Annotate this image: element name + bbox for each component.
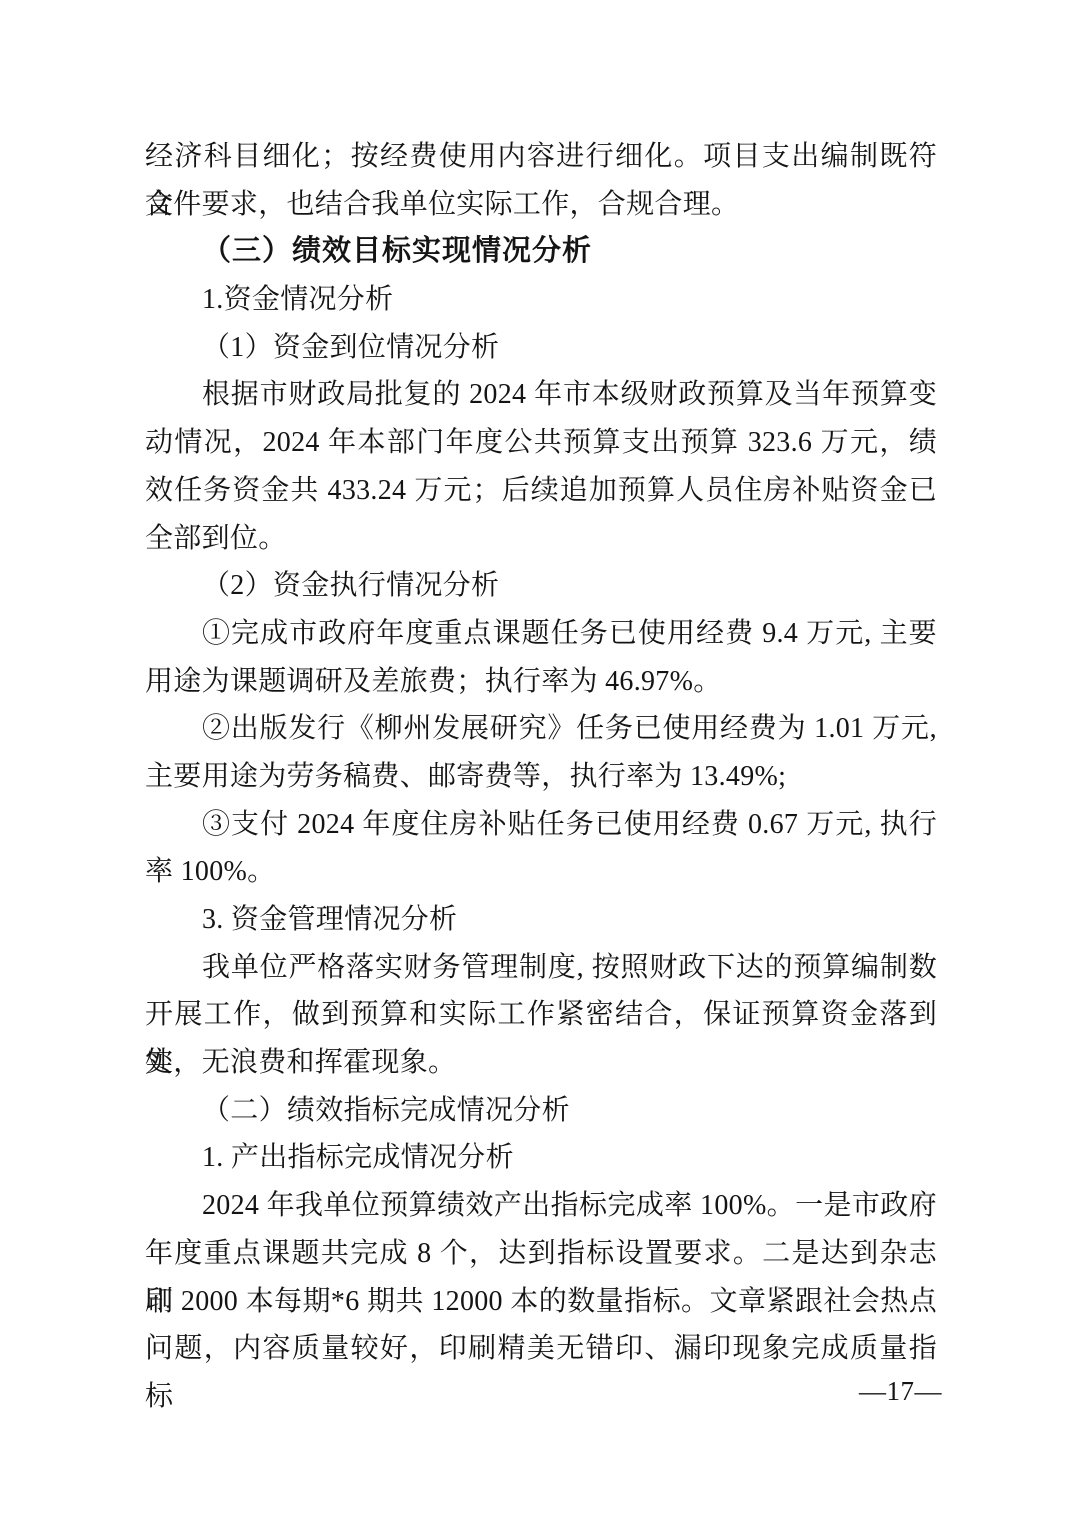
body-line: 根据市财政局批复的 2024 年市本级财政预算及当年预算变 [145, 371, 937, 419]
subsection-title: 1.资金情况分析 [145, 276, 937, 324]
body-line: 问题，内容质量较好，印刷精美无错印、漏印现象完成质量指标 [145, 1325, 937, 1373]
body-line: 动情况，2024 年本部门年度公共预算支出预算 323.6 万元，绩 [145, 419, 937, 467]
page-number: —17— [859, 1376, 942, 1407]
subsection-title: 3. 资金管理情况分析 [145, 896, 937, 944]
body-line: 主要用途为劳务稿费、邮寄费等，执行率为 13.49%; [145, 753, 937, 801]
document-body: 经济科目细化；按经费使用内容进行细化。项目支出编制既符合 文件要求，也结合我单位… [145, 133, 937, 1373]
body-line: 2024 年我单位预算绩效产出指标完成率 100%。一是市政府 [145, 1182, 937, 1230]
body-line: 我单位严格落实财务管理制度, 按照财政下达的预算编制数 [145, 944, 937, 992]
body-line: ③支付 2024 年度住房补贴任务已使用经费 0.67 万元, 执行 [145, 801, 937, 849]
body-line: 经济科目细化；按经费使用内容进行细化。项目支出编制既符合 [145, 133, 937, 181]
body-line: ①完成市政府年度重点课题任务已使用经费 9.4 万元, 主要 [145, 610, 937, 658]
body-line: 用途为课题调研及差旅费；执行率为 46.97%。 [145, 658, 937, 706]
body-line: 开展工作，做到预算和实际工作紧密结合，保证预算资金落到实 [145, 991, 937, 1039]
subsection-title: （二）绩效指标完成情况分析 [145, 1087, 937, 1135]
subsection-title: 1. 产出指标完成情况分析 [145, 1134, 937, 1182]
body-line: ②出版发行《柳州发展研究》任务已使用经费为 1.01 万元, [145, 705, 937, 753]
document-page: 经济科目细化；按经费使用内容进行细化。项目支出编制既符合 文件要求，也结合我单位… [0, 0, 1074, 1520]
body-line: 处，无浪费和挥霍现象。 [145, 1039, 937, 1087]
body-line: 文件要求，也结合我单位实际工作，合规合理。 [145, 181, 937, 229]
body-line: 效任务资金共 433.24 万元；后续追加预算人员住房补贴资金已 [145, 467, 937, 515]
body-line: 全部到位。 [145, 515, 937, 563]
body-line: 刷 2000 本每期*6 期共 12000 本的数量指标。文章紧跟社会热点 [145, 1278, 937, 1326]
section-heading: （三）绩效目标实现情况分析 [145, 228, 937, 276]
body-line: 年度重点课题共完成 8 个，达到指标设置要求。二是达到杂志印 [145, 1230, 937, 1278]
body-line: 率 100%。 [145, 848, 937, 896]
subsection-title: （1）资金到位情况分析 [145, 324, 937, 372]
subsection-title: （2）资金执行情况分析 [145, 562, 937, 610]
